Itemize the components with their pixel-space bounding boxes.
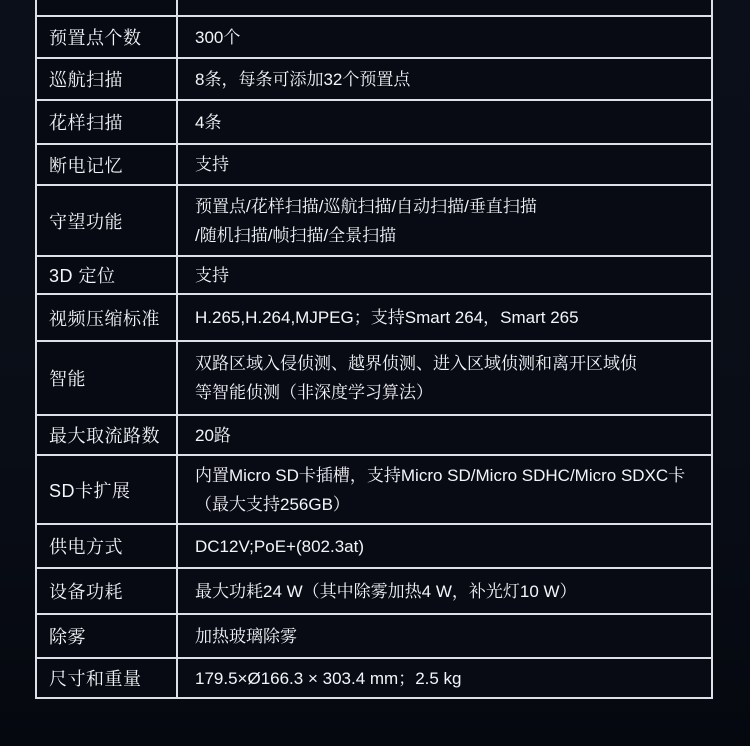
spec-value: DC12V;PoE+(802.3at) [178, 525, 711, 567]
table-row: SD卡扩展内置Micro SD卡插槽，支持Micro SD/Micro SDHC… [37, 454, 711, 523]
spec-value-line: 加热玻璃除雾 [195, 622, 703, 651]
table-row: 视频压缩标准H.265,H.264,MJPEG；支持Smart 264，Smar… [37, 293, 711, 340]
spec-label: 除雾 [37, 615, 178, 657]
spec-value-line: 内置Micro SD卡插槽，支持Micro SD/Micro SDHC/Micr… [195, 461, 703, 490]
spec-value: H.265,H.264,MJPEG；支持Smart 264，Smart 265 [178, 295, 711, 340]
table-row: 最大取流路数20路 [37, 414, 711, 454]
spec-label: SD卡扩展 [37, 456, 178, 523]
spec-table: 预置点个数300个巡航扫描8条，每条可添加32个预置点花样扫描4条断电记忆支持守… [35, 0, 713, 699]
spec-label: 断电记忆 [37, 145, 178, 184]
spec-value: 预置点/花样扫描/巡航扫描/自动扫描/垂直扫描/随机扫描/帧扫描/全景扫描 [178, 186, 711, 255]
spec-label: 设备功耗 [37, 569, 178, 613]
spec-label: 供电方式 [37, 525, 178, 567]
spec-label [37, 0, 178, 15]
spec-label: 视频压缩标准 [37, 295, 178, 340]
spec-label: 最大取流路数 [37, 416, 178, 454]
table-row: 3D 定位支持 [37, 255, 711, 293]
spec-label: 预置点个数 [37, 17, 178, 57]
spec-label: 巡航扫描 [37, 59, 178, 99]
table-row: 断电记忆支持 [37, 143, 711, 184]
spec-value-line: 预置点/花样扫描/巡航扫描/自动扫描/垂直扫描 [195, 192, 703, 221]
spec-value-line: 支持 [195, 150, 703, 179]
spec-value: 179.5×Ø166.3 × 303.4 mm；2.5 kg [178, 659, 711, 697]
table-row: 智能双路区域入侵侦测、越界侦测、进入区域侦测和离开区域侦等智能侦测（非深度学习算… [37, 340, 711, 414]
spec-value-line: 4条 [195, 108, 703, 137]
spec-value-line: （最大支持256GB） [195, 490, 703, 519]
spec-label: 智能 [37, 342, 178, 414]
table-row: 守望功能预置点/花样扫描/巡航扫描/自动扫描/垂直扫描/随机扫描/帧扫描/全景扫… [37, 184, 711, 255]
spec-value: 双路区域入侵侦测、越界侦测、进入区域侦测和离开区域侦等智能侦测（非深度学习算法） [178, 342, 711, 414]
spec-value-line: 8条，每条可添加32个预置点 [195, 65, 703, 94]
table-row-partial [37, 0, 711, 15]
spec-value-line: 300个 [195, 23, 703, 52]
spec-value-line: DC12V;PoE+(802.3at) [195, 532, 703, 561]
spec-value: 8条，每条可添加32个预置点 [178, 59, 711, 99]
product-spec-page: 预置点个数300个巡航扫描8条，每条可添加32个预置点花样扫描4条断电记忆支持守… [0, 0, 750, 746]
spec-value: 支持 [178, 257, 711, 293]
table-row: 除雾加热玻璃除雾 [37, 613, 711, 657]
spec-value-line: 等智能侦测（非深度学习算法） [195, 378, 703, 407]
table-row: 尺寸和重量179.5×Ø166.3 × 303.4 mm；2.5 kg [37, 657, 711, 697]
spec-value-line: 20路 [195, 421, 703, 450]
spec-value: 支持 [178, 145, 711, 184]
spec-value: 4条 [178, 101, 711, 143]
spec-value: 300个 [178, 17, 711, 57]
table-row: 预置点个数300个 [37, 15, 711, 57]
table-row: 巡航扫描8条，每条可添加32个预置点 [37, 57, 711, 99]
table-row: 设备功耗最大功耗24 W（其中除雾加热4 W，补光灯10 W） [37, 567, 711, 613]
spec-value-line: 179.5×Ø166.3 × 303.4 mm；2.5 kg [195, 664, 703, 693]
spec-label: 守望功能 [37, 186, 178, 255]
table-row: 花样扫描4条 [37, 99, 711, 143]
spec-value-line: /随机扫描/帧扫描/全景扫描 [195, 221, 703, 250]
table-row: 供电方式DC12V;PoE+(802.3at) [37, 523, 711, 567]
spec-label: 尺寸和重量 [37, 659, 178, 697]
spec-value-line: H.265,H.264,MJPEG；支持Smart 264，Smart 265 [195, 303, 703, 332]
spec-label: 花样扫描 [37, 101, 178, 143]
spec-value-line: 支持 [195, 261, 703, 290]
spec-value-line: 双路区域入侵侦测、越界侦测、进入区域侦测和离开区域侦 [195, 349, 703, 378]
spec-value [178, 0, 711, 15]
spec-value: 20路 [178, 416, 711, 454]
spec-label: 3D 定位 [37, 257, 178, 293]
spec-value: 内置Micro SD卡插槽，支持Micro SD/Micro SDHC/Micr… [178, 456, 711, 523]
spec-value-line: 最大功耗24 W（其中除雾加热4 W，补光灯10 W） [195, 577, 703, 606]
spec-value: 最大功耗24 W（其中除雾加热4 W，补光灯10 W） [178, 569, 711, 613]
spec-value: 加热玻璃除雾 [178, 615, 711, 657]
